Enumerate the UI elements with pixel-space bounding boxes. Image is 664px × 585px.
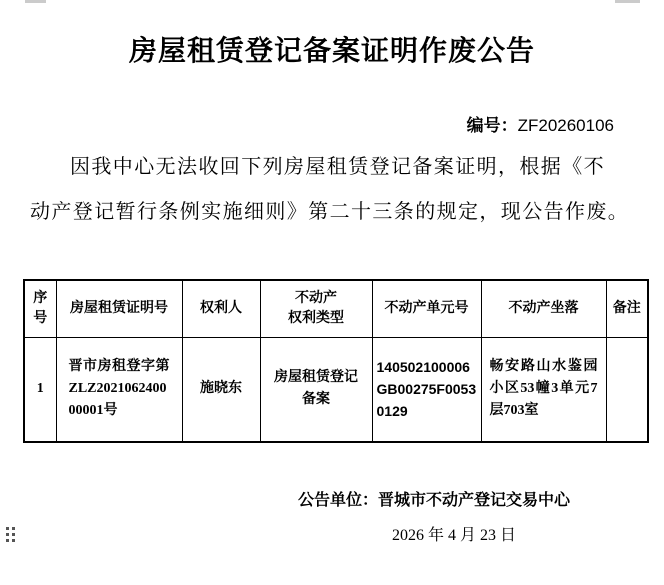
cell-certificate-no: 晋市房租登字第ZLZ202106240000001号	[56, 337, 182, 442]
doc-number-value: ZF20260106	[518, 116, 614, 135]
cancellation-table: 序 号 房屋租赁证明号 权利人 不动产 权利类型 不动产单元号 不动产坐落 备注…	[23, 279, 649, 443]
table-header-row: 序 号 房屋租赁证明号 权利人 不动产 权利类型 不动产单元号 不动产坐落 备注	[24, 280, 648, 337]
top-edge-artifact-right	[615, 0, 640, 3]
header-right-holder: 权利人	[182, 280, 260, 337]
cell-right-type: 房屋租赁登记备案	[260, 337, 372, 442]
doc-number-line: 编号：ZF20260106	[0, 115, 664, 137]
page-title: 房屋租赁登记备案证明作废公告	[0, 34, 664, 70]
drag-handle-icon[interactable]	[6, 527, 15, 543]
notice-page: 房屋租赁登记备案证明作废公告 编号：ZF20260106 因我中心无法收回下列房…	[0, 0, 664, 585]
issuer-name: 晋城市不动产登记交易中心	[378, 492, 570, 509]
date-line: 2026 年 4 月 23 日	[0, 526, 664, 546]
cell-right-holder: 施晓东	[182, 337, 260, 442]
doc-number-label: 编号：	[467, 116, 518, 135]
top-edge-artifact-left	[25, 0, 46, 3]
cell-unit-no: 140502100006GB00275F00530129	[372, 337, 481, 442]
cell-index: 1	[24, 337, 56, 442]
issuer-line: 公告单位：晋城市不动产登记交易中心	[0, 489, 664, 512]
header-right-type: 不动产 权利类型	[260, 280, 372, 337]
table-row: 1 晋市房租登字第ZLZ202106240000001号 施晓东 房屋租赁登记备…	[24, 337, 648, 442]
cell-location: 畅安路山水鉴园小区53幢3单元7层703室	[481, 337, 606, 442]
notice-paragraph: 因我中心无法收回下列房屋租赁登记备案证明，根据《不 动产登记暂行条例实施细则》第…	[30, 145, 634, 235]
header-remarks: 备注	[606, 280, 648, 337]
header-location: 不动产坐落	[481, 280, 606, 337]
cell-remarks	[606, 337, 648, 442]
header-unit-no: 不动产单元号	[372, 280, 481, 337]
header-certificate-no: 房屋租赁证明号	[56, 280, 182, 337]
issuer-label: 公告单位：	[298, 492, 378, 509]
header-index: 序 号	[24, 280, 56, 337]
